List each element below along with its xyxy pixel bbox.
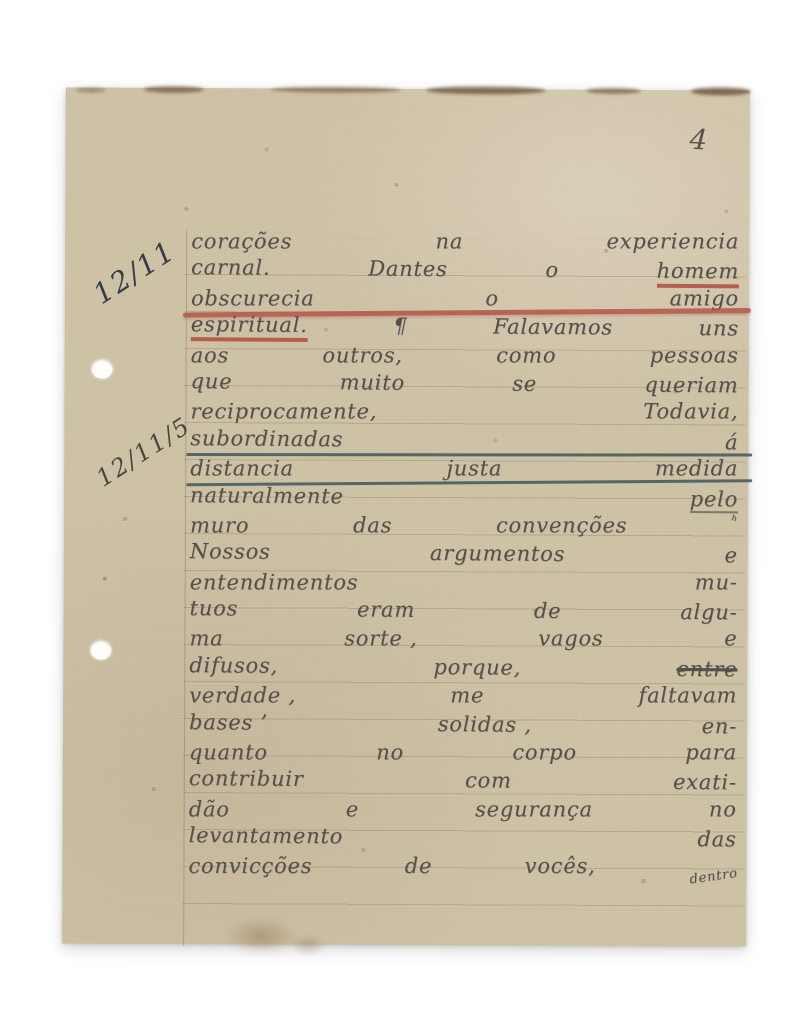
handwritten-line: contribuircomexati- <box>189 767 737 800</box>
handwritten-word: aos <box>191 343 229 367</box>
punch-hole-icon <box>90 641 111 660</box>
handwritten-line: bases ’solidas ,en- <box>189 710 737 743</box>
scan-background: 4 12/11 12/11/5 coraçõesnaexperienciacar… <box>0 0 809 1024</box>
handwritten-line: dãoesegurançano <box>189 797 737 825</box>
handwritten-word: para <box>685 740 737 764</box>
handwritten-word: convicções <box>188 854 312 878</box>
page-number: 4 <box>689 123 751 159</box>
handwritten-line: difusos,porque,entre <box>189 653 737 686</box>
handwritten-word: e <box>724 544 737 568</box>
handwritten-line: masorte ,vagose <box>189 627 737 655</box>
handwritten-word: bases ’ <box>189 710 268 735</box>
handwritten-word: verdade , <box>189 684 296 708</box>
handwritten-line: verdade ,mefaltavam <box>189 684 737 712</box>
handwriting-area: coraçõesnaexperienciacarnal.Dantesohomem… <box>188 228 739 883</box>
stain <box>224 916 298 956</box>
handwritten-word: contribuir <box>189 767 304 792</box>
manuscript-page: 4 12/11 12/11/5 coraçõesnaexperienciacar… <box>62 88 750 947</box>
punch-hole-icon <box>92 360 113 379</box>
handwritten-word: das <box>353 513 392 537</box>
handwritten-word: o <box>485 286 498 310</box>
margin-note: 12/11 <box>87 234 181 311</box>
handwritten-word: e <box>724 627 737 651</box>
handwritten-word: naturalmente <box>190 483 344 508</box>
handwritten-line: convicçõesdevocês,dentro <box>188 854 736 882</box>
handwritten-word: corações <box>191 229 292 253</box>
stain <box>144 86 204 93</box>
handwritten-word: queriam <box>644 373 738 398</box>
handwritten-line: naturalmentepelo <box>190 483 738 516</box>
handwritten-line: subordinadasá <box>190 426 738 459</box>
handwritten-word: convenções <box>496 513 627 537</box>
handwritten-word: no <box>709 797 737 821</box>
handwritten-word: Dantes <box>368 257 448 282</box>
handwritten-line: quemuitosequeriam <box>190 369 738 402</box>
handwritten-word: vocês, <box>525 854 596 878</box>
handwritten-word: vagos <box>538 627 603 651</box>
handwritten-word: corpo <box>512 740 577 764</box>
handwritten-word: mu- <box>695 570 738 594</box>
handwritten-word: se <box>512 372 537 396</box>
margin-rule <box>183 230 187 946</box>
handwritten-word: Falavamos <box>493 315 613 340</box>
handwritten-line: Nossosargumentose <box>190 539 738 572</box>
handwritten-word: na <box>436 229 464 253</box>
handwritten-word: experiencia <box>607 229 740 253</box>
handwritten-word: me <box>450 684 484 708</box>
handwritten-word: distancia <box>190 456 294 480</box>
handwritten-line: murodasconvençõesʰ <box>190 513 738 541</box>
handwritten-word: muito <box>340 370 405 395</box>
handwritten-word: espiritual. <box>191 312 308 342</box>
stain <box>691 87 751 95</box>
stain <box>271 86 401 93</box>
handwritten-word: argumentos <box>430 541 565 566</box>
handwritten-word: entre <box>676 657 737 681</box>
handwritten-word: de <box>405 854 432 878</box>
handwritten-word: dão <box>189 797 230 821</box>
paper-speckles <box>66 88 68 90</box>
handwritten-word: eram <box>357 597 415 621</box>
handwritten-word: ma <box>189 627 223 651</box>
handwritten-line: reciprocamente,Todavia, <box>190 400 738 428</box>
handwritten-word: solidas , <box>438 712 532 737</box>
handwritten-word: exati- <box>673 770 737 795</box>
handwritten-line: obscureciaoamigo <box>191 286 739 314</box>
handwritten-word: reciprocamente, <box>190 400 377 424</box>
handwritten-word: algu- <box>680 600 737 624</box>
handwritten-word: obscurecia <box>191 286 315 310</box>
handwritten-word: com <box>465 769 512 793</box>
handwritten-word: justa <box>446 456 502 480</box>
handwritten-line: levantamentodas <box>188 823 736 856</box>
handwritten-line: aosoutros,comopessoas <box>191 343 739 371</box>
handwritten-word: segurança <box>475 797 593 821</box>
handwritten-word: tuos <box>190 596 239 620</box>
handwritten-word: amigo <box>670 286 739 310</box>
handwritten-word: en- <box>702 714 738 738</box>
handwritten-word: outros, <box>322 343 402 367</box>
handwritten-word: e <box>346 797 359 821</box>
handwritten-word: uns <box>699 316 739 340</box>
handwritten-line: coraçõesnaexperiencia <box>191 229 739 257</box>
handwritten-word: faltavam <box>639 684 738 708</box>
handwritten-word: como <box>496 343 556 367</box>
handwritten-word: quanto <box>189 740 268 764</box>
handwritten-line: tuoseramdealgu- <box>189 596 737 629</box>
margin-note: 12/11/5 <box>91 411 196 492</box>
stain <box>290 934 326 956</box>
handwritten-word: homem <box>657 259 740 289</box>
stain <box>586 88 641 94</box>
stain <box>76 88 106 93</box>
handwritten-word: de <box>534 599 562 623</box>
handwritten-word: carnal. <box>191 255 271 280</box>
handwritten-word: levantamento <box>189 823 344 848</box>
handwritten-word: pessoas <box>650 343 739 367</box>
handwritten-word: medida <box>655 456 738 480</box>
handwritten-word: entendimentos <box>190 570 359 594</box>
stain <box>426 86 546 95</box>
handwritten-word: ¶ <box>393 314 407 338</box>
handwritten-line: distanciajustamedida <box>190 456 738 484</box>
handwritten-line: carnal.Dantesohomem <box>191 255 739 288</box>
handwritten-line: espiritual.¶Falavamosuns <box>191 312 739 345</box>
handwritten-line: entendimentosmu- <box>190 570 738 598</box>
handwritten-word: o <box>545 258 559 282</box>
handwritten-word: Nossos <box>190 539 271 564</box>
handwritten-word: sorte , <box>344 627 417 651</box>
handwritten-word: das <box>697 827 736 851</box>
handwritten-word: porque, <box>433 655 521 680</box>
handwritten-word: dentro <box>688 865 738 887</box>
handwritten-word: ʰ <box>730 513 740 530</box>
handwritten-word: subordinadas <box>190 426 343 451</box>
handwritten-word: Todavia, <box>643 400 738 424</box>
handwritten-word: muro <box>190 513 249 537</box>
handwritten-line: quantonocorpopara <box>189 740 737 768</box>
handwritten-word: á <box>725 430 739 454</box>
handwritten-word: difusos, <box>189 653 278 678</box>
handwritten-word: pelo <box>690 487 739 513</box>
handwritten-word: que <box>191 369 233 393</box>
handwritten-word: no <box>376 740 404 764</box>
